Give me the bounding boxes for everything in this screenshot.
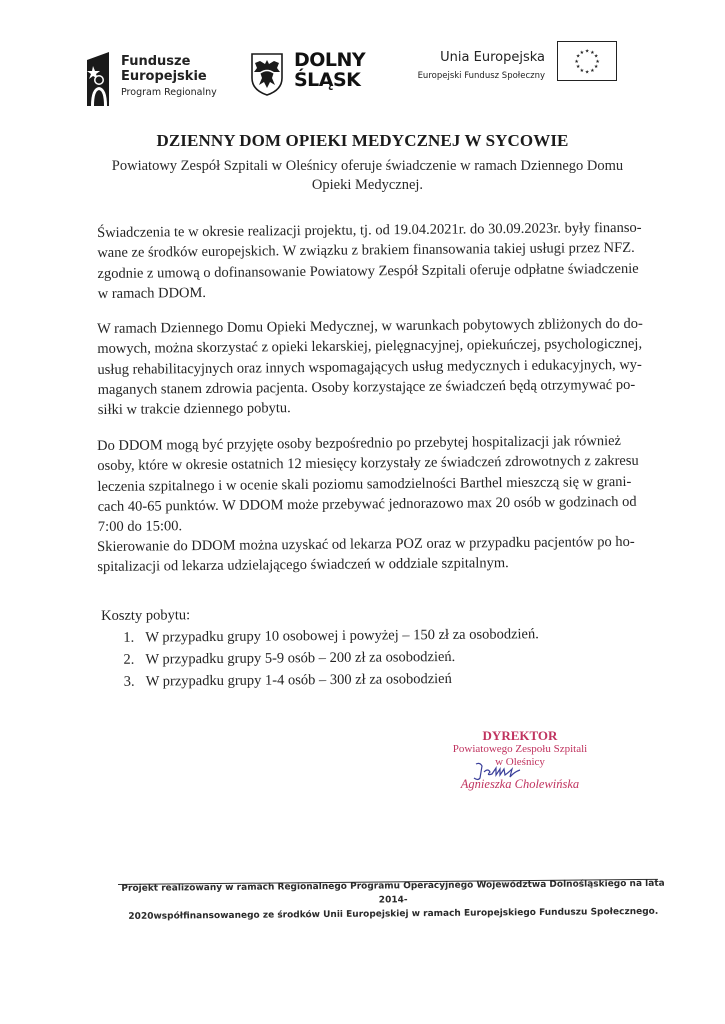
eu-logo-line1: Unia Europejska xyxy=(400,50,545,66)
paragraph-line: w ramach DDOM. xyxy=(98,279,658,305)
list-number: 2. xyxy=(123,649,134,671)
eu-logo-text: Unia Europejska Europejski Fundusz Społe… xyxy=(400,50,545,83)
fundusze-europejskie-star-figure-icon xyxy=(85,50,111,106)
fundusze-logo-line2: Europejskie xyxy=(121,69,217,84)
dolny-slask-line1: DOLNY xyxy=(294,50,365,70)
page-subtitle: Powiatowy Zespół Szpitali w Oleśnicy ofe… xyxy=(95,157,640,195)
eu-logo-line2: Europejski Fundusz Społeczny xyxy=(400,69,545,83)
footer-note: Projekt realizowany w ramach Regionalneg… xyxy=(118,877,668,924)
svg-text:★: ★ xyxy=(585,69,590,75)
svg-text:★: ★ xyxy=(585,48,590,54)
paragraph-line: siłki w trakcie dziennego pobytu. xyxy=(98,395,658,421)
paragraph-referral: Skierowanie do DDOM można uzyskać od lek… xyxy=(97,532,657,578)
silesian-eagle-shield-icon xyxy=(250,52,284,96)
costs-section: Koszty pobytu: 1. W przypadku grupy 10 o… xyxy=(101,601,539,693)
dolny-slask-logo: DOLNY ŚLĄSK xyxy=(250,48,400,103)
svg-text:★: ★ xyxy=(590,68,595,74)
list-number: 1. xyxy=(123,627,134,649)
paragraph-financing: Świadczenia te w okresie realizacji proj… xyxy=(97,218,658,305)
handwritten-signature-icon xyxy=(470,760,530,782)
eu-flag-stars-icon: ★★★★★★★★★★★★ xyxy=(557,41,617,81)
list-text: W przypadku grupy 5-9 osób – 200 zł za o… xyxy=(145,649,455,668)
svg-text:★: ★ xyxy=(580,50,585,56)
svg-text:★: ★ xyxy=(580,68,585,74)
svg-text:★: ★ xyxy=(574,59,579,65)
stamp-institution: Powiatowego Zespołu Szpitali xyxy=(430,743,610,756)
fundusze-logo-line1: Fundusze xyxy=(121,54,217,69)
list-number: 3. xyxy=(124,671,135,693)
fundusze-logo-line3: Program Regionalny xyxy=(121,86,217,100)
logo-header: Fundusze Europejskie Program Regionalny … xyxy=(0,0,725,115)
costs-list-item: 3. W przypadku grupy 1-4 osób – 300 zł z… xyxy=(102,667,540,693)
svg-text:★: ★ xyxy=(594,54,599,60)
list-text: W przypadku grupy 1-4 osób – 300 zł za o… xyxy=(146,671,452,690)
svg-text:★: ★ xyxy=(594,64,599,70)
paragraph-services: W ramach Dziennego Domu Opieki Medycznej… xyxy=(97,314,658,421)
paragraph-line: spitalizacji od lekarza udzielającego św… xyxy=(97,552,657,578)
list-text: W przypadku grupy 10 osobowej i powyżej … xyxy=(145,626,539,645)
svg-text:★: ★ xyxy=(595,59,600,65)
costs-list: 1. W przypadku grupy 10 osobowej i powyż… xyxy=(101,623,539,693)
stamp-title: DYREKTOR xyxy=(430,728,610,743)
dolny-slask-line2: ŚLĄSK xyxy=(294,70,365,90)
svg-text:★: ★ xyxy=(576,64,581,70)
page-title: DZIENNY DOM OPIEKI MEDYCZNEJ W SYCOWIE xyxy=(0,131,725,151)
paragraph-eligibility: Do DDOM mogą być przyjęte osoby bezpośre… xyxy=(97,431,658,538)
